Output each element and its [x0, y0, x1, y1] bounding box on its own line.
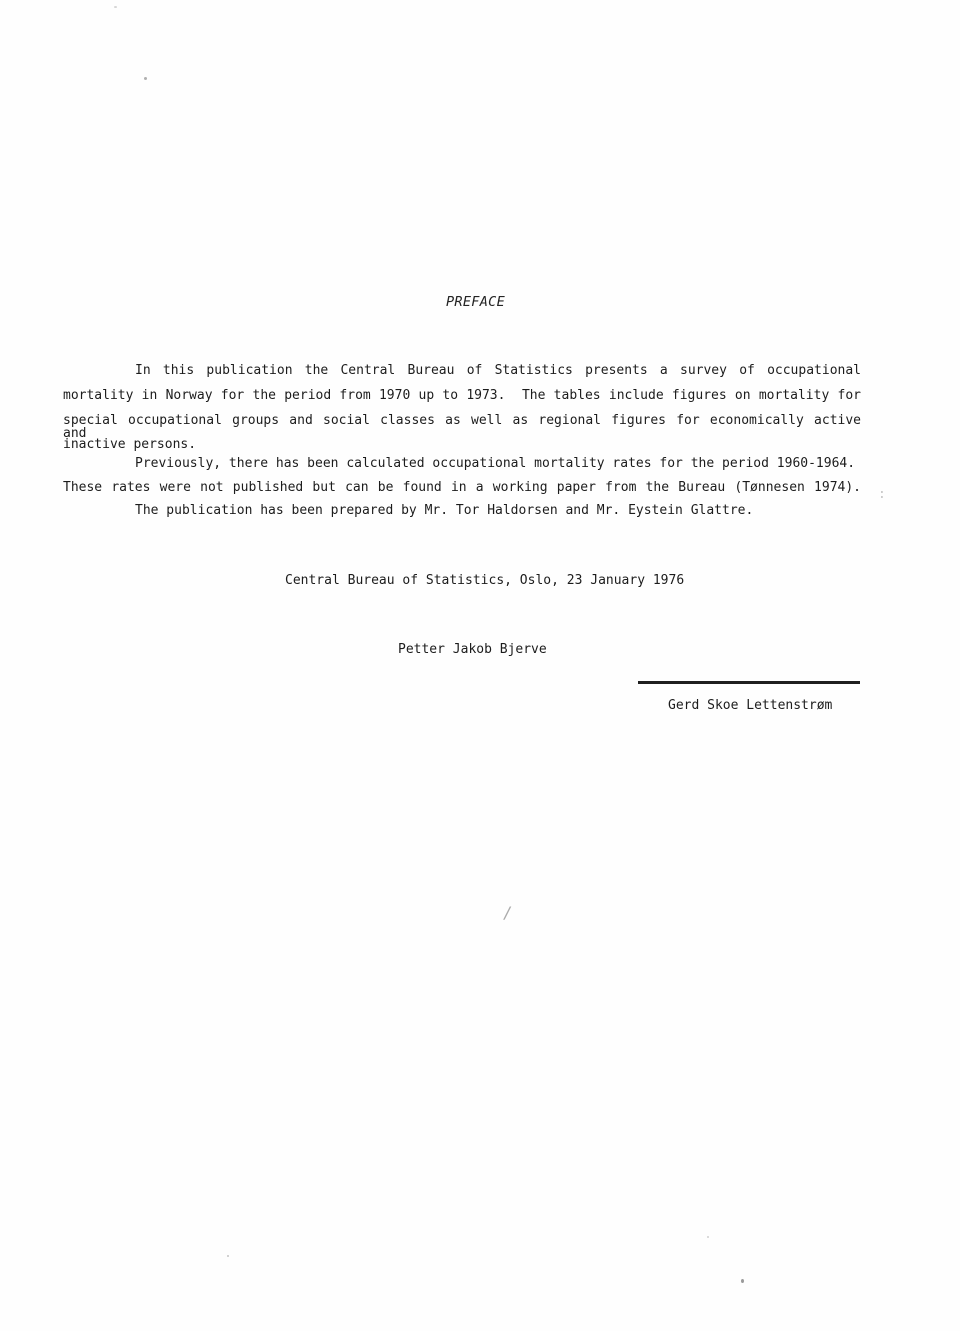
scan-speck: [227, 1255, 229, 1257]
signature-name-director: Petter Jakob Bjerve: [398, 643, 547, 656]
scan-speck: [144, 77, 147, 80]
preface-line: These rates were not published but can b…: [63, 481, 861, 494]
scan-artifact-slash: /: [503, 905, 513, 921]
page-title: PREFACE: [446, 296, 505, 310]
signature-rule: [638, 681, 860, 684]
scan-speck: [114, 6, 117, 8]
preface-line: The publication has been prepared by Mr.…: [63, 504, 861, 517]
scan-artifact-colon: :: [878, 488, 886, 501]
preface-line: mortality in Norway for the period from …: [63, 389, 861, 402]
preface-line: In this publication the Central Bureau o…: [63, 364, 861, 377]
scan-speck: [707, 1236, 709, 1238]
signature-name-cosigner: Gerd Skoe Lettenstrøm: [668, 699, 832, 712]
scanned-document-page: PREFACE In this publication the Central …: [0, 0, 960, 1331]
preface-line: Previously, there has been calculated oc…: [63, 457, 861, 470]
preface-line: inactive persons.: [63, 438, 861, 451]
scan-speck: [741, 1279, 744, 1283]
dateline: Central Bureau of Statistics, Oslo, 23 J…: [285, 574, 684, 587]
